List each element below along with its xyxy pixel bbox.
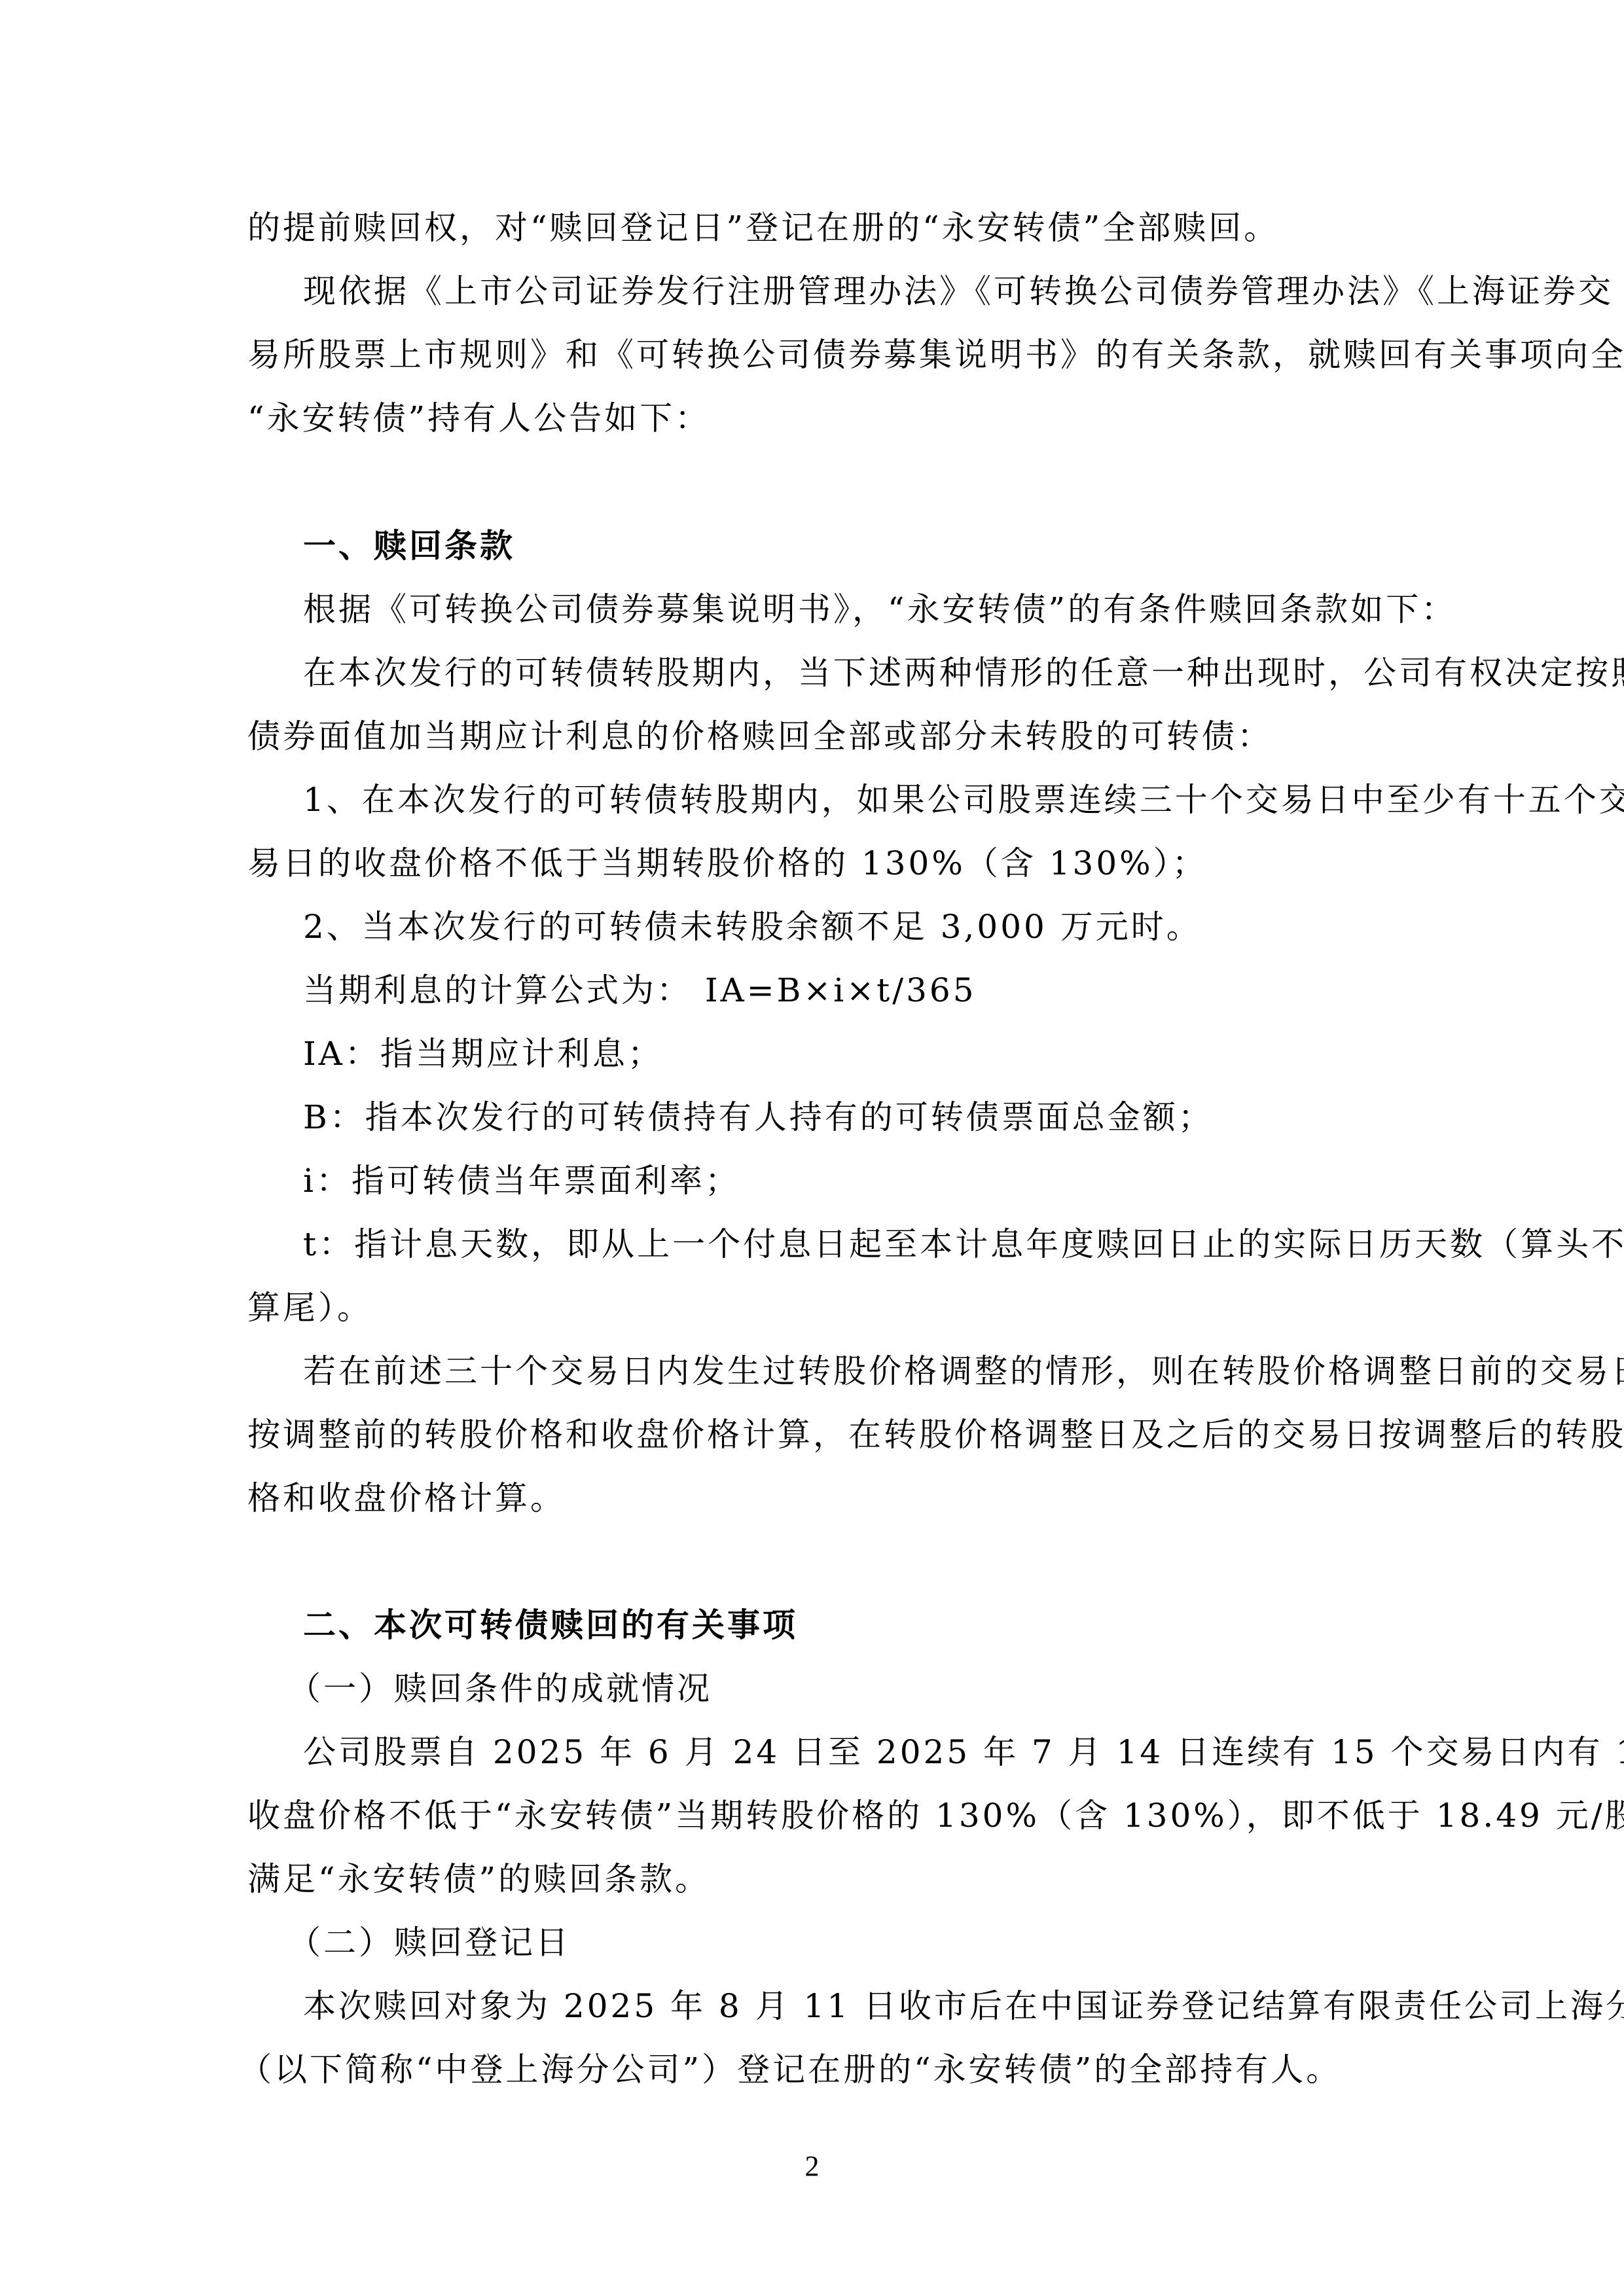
- intro-para-line-2: 易所股票上市规则》和《可转换公司债券募集说明书》的有关条款，就赎回有关事项向全体: [247, 335, 1378, 374]
- subsection-1-line-1: 公司股票自 2025 年 6 月 24 日至 2025 年 7 月 14 日连续…: [303, 1732, 1378, 1772]
- document-page: 的提前赎回权，对“赎回登记日”登记在册的“永安转债”全部赎回。 现依据《上市公司…: [0, 0, 1624, 2296]
- intro-para-line-1: 现依据《上市公司证券发行注册管理办法》《可转换公司债券管理办法》《上海证券交: [303, 272, 1378, 311]
- intro-para-line-3: “永安转债”持有人公告如下：: [247, 399, 1378, 438]
- intro-line-1: 的提前赎回权，对“赎回登记日”登记在册的“永安转债”全部赎回。: [247, 208, 1378, 247]
- subsection-2-line-1: 本次赎回对象为 2025 年 8 月 11 日收市后在中国证券登记结算有限责任公…: [303, 1986, 1378, 2026]
- interest-formula: 当期利息的计算公式为： IA=B×i×t/365: [303, 971, 1434, 1010]
- section-1-heading: 一、赎回条款: [303, 526, 1434, 565]
- definition-i: i：指可转债当年票面利率；: [303, 1161, 1434, 1200]
- section-2-heading: 二、本次可转债赎回的有关事项: [303, 1605, 1434, 1645]
- subsection-2-line-2: （以下简称“中登上海分公司”）登记在册的“永安转债”的全部持有人。: [239, 2050, 1369, 2089]
- subsection-1-line-2: 收盘价格不低于“永安转债”当期转股价格的 130%（含 130%），即不低于 1…: [247, 1796, 1378, 1835]
- item-1-line-2: 易日的收盘价格不低于当期转股价格的 130%（含 130%）；: [247, 844, 1378, 883]
- section-1-p2-line-2: 债券面值加当期应计利息的价格赎回全部或部分未转股的可转债：: [247, 717, 1378, 756]
- definition-b: B：指本次发行的可转债持有人持有的可转债票面总金额；: [303, 1098, 1434, 1137]
- subsection-2-heading: （二）赎回登记日: [288, 1923, 1418, 1962]
- section-1-p1: 根据《可转换公司债券募集说明书》，“永安转债”的有条件赎回条款如下：: [303, 590, 1434, 629]
- definition-ia: IA：指当期应计利息；: [303, 1034, 1434, 1073]
- item-2: 2、当本次发行的可转债未转股余额不足 3,000 万元时。: [303, 907, 1434, 946]
- adjustment-line-2: 按调整前的转股价格和收盘价格计算，在转股价格调整日及之后的交易日按调整后的转股价: [247, 1415, 1378, 1454]
- definition-t-line-2: 算尾）。: [247, 1288, 1378, 1327]
- page-number: 2: [0, 2150, 1624, 2183]
- adjustment-line-1: 若在前述三十个交易日内发生过转股价格调整的情形，则在转股价格调整日前的交易日: [303, 1352, 1378, 1391]
- section-1-p2-line-1: 在本次发行的可转债转股期内，当下述两种情形的任意一种出现时，公司有权决定按照: [303, 653, 1378, 692]
- adjustment-line-3: 格和收盘价格计算。: [247, 1479, 1378, 1518]
- definition-t-line-1: t：指计息天数，即从上一个付息日起至本计息年度赎回日止的实际日历天数（算头不: [303, 1225, 1378, 1264]
- subsection-1-heading: （一）赎回条件的成就情况: [288, 1669, 1418, 1708]
- subsection-1-line-3: 满足“永安转债”的赎回条款。: [247, 1859, 1378, 1899]
- item-1-line-1: 1、在本次发行的可转债转股期内，如果公司股票连续三十个交易日中至少有十五个交: [303, 780, 1378, 819]
